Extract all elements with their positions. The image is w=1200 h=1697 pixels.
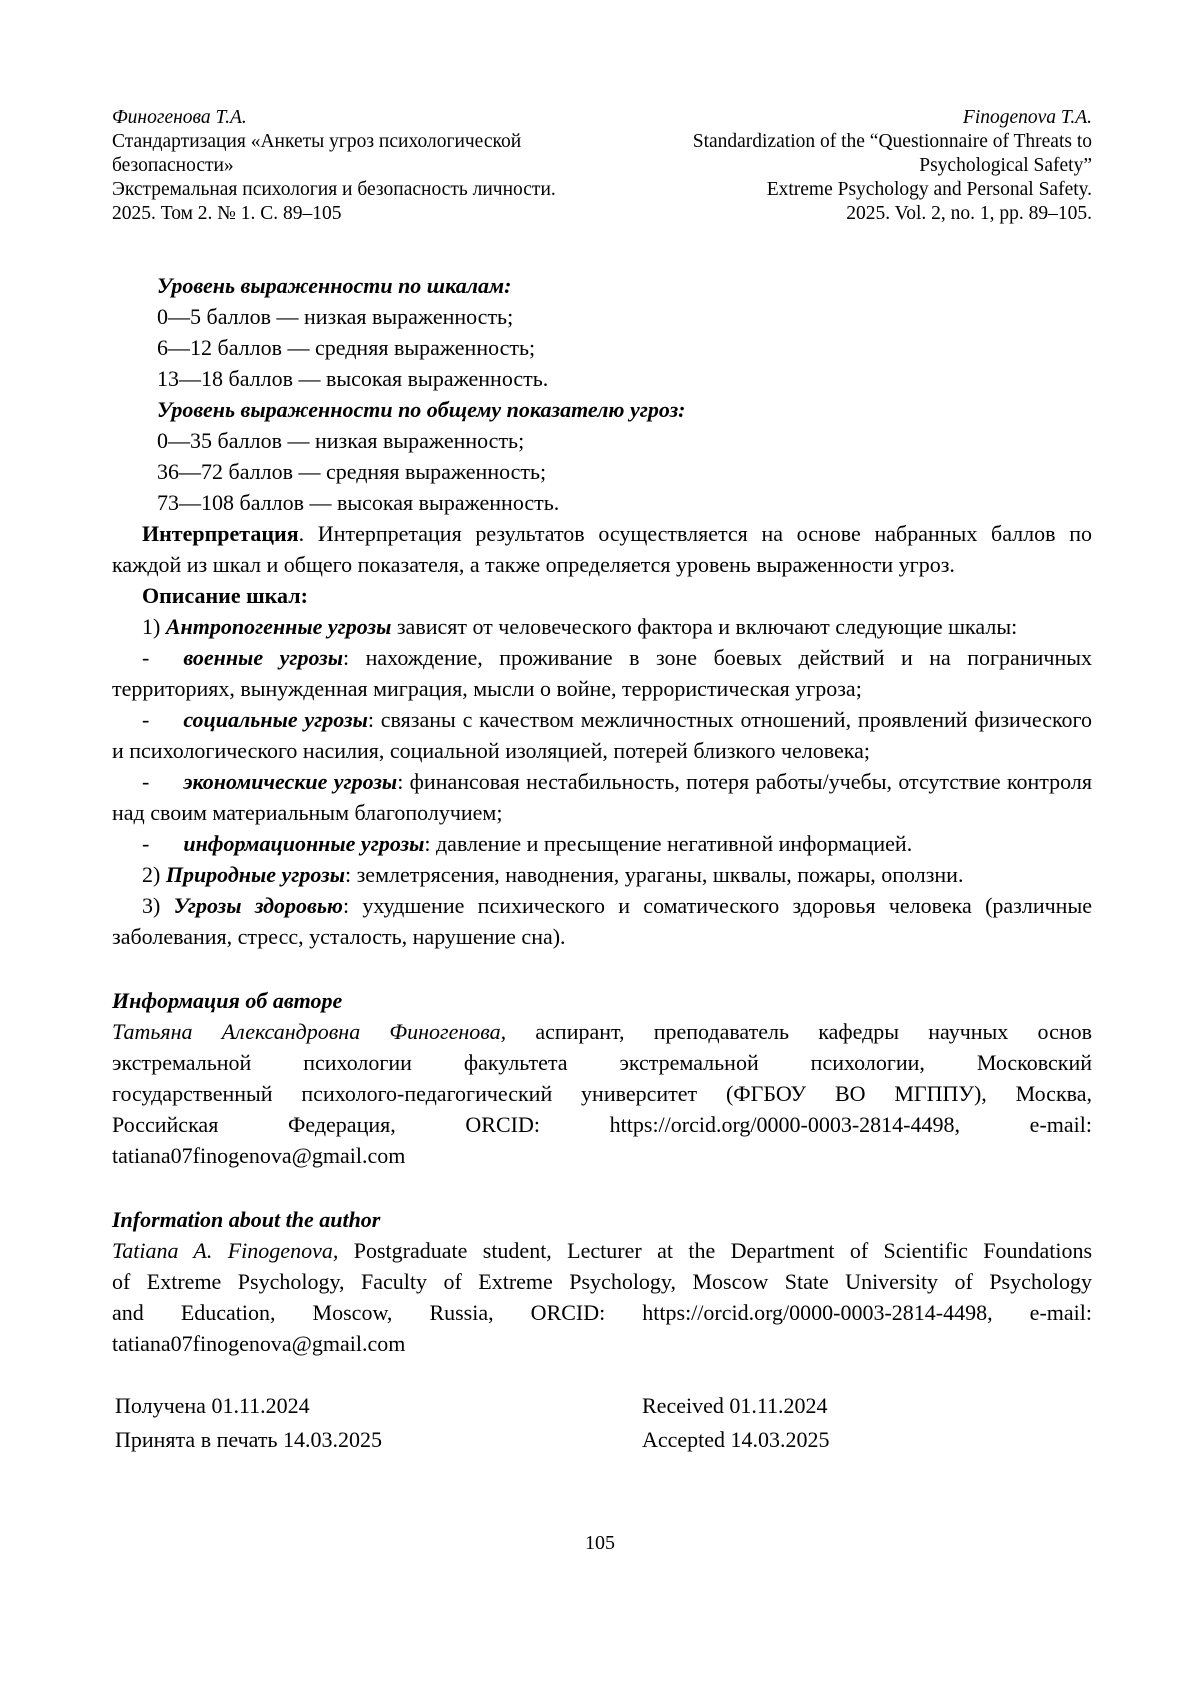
author-en-line1-rest: Postgraduate student, Lecturer at the De… <box>338 1238 1092 1263</box>
interpretation-lead: Интерпретация <box>142 521 299 546</box>
dates-english: Received 01.11.2024 Accepted 14.03.2025 <box>642 1389 830 1457</box>
bullet-marker: - <box>142 707 149 732</box>
journal-name-ru: Экстремальная психология и безопасность … <box>112 178 556 202</box>
author-ru-line1: Татьяна Александровна Финогенова, аспира… <box>112 1016 1092 1047</box>
received-date-ru: Получена 01.11.2024 <box>115 1389 1095 1423</box>
author-info-ru-heading: Информация об авторе <box>112 985 1092 1016</box>
dates-russian: Получена 01.11.2024 Принята в печать 14.… <box>115 1389 1095 1457</box>
author-info-russian: Информация об авторе Татьяна Александров… <box>112 985 1092 1171</box>
bullet-term-informational: информационные угрозы <box>183 831 424 856</box>
author-info-en-heading: Information about the author <box>112 1204 1092 1235</box>
author-en-line1: Tatiana A. Finogenova, Postgraduate stud… <box>112 1235 1092 1266</box>
total-range-medium: 36—72 баллов — средняя выраженность; <box>112 456 1092 487</box>
bullet-marker: - <box>142 769 149 794</box>
article-title-ru-line1: Стандартизация «Анкеты угроз психологиче… <box>112 130 556 154</box>
item2-prefix: 2) <box>142 862 166 887</box>
item2-text: : землетрясения, наводнения, ураганы, шк… <box>345 862 963 887</box>
item2-term: Природные угрозы <box>166 862 345 887</box>
author-ru-line2: экстремальной психологии факультета экст… <box>112 1047 1092 1078</box>
page-content: Финогенова Т.А. Стандартизация «Анкеты у… <box>112 0 1092 1457</box>
bullet-term-military: военные угрозы <box>183 645 343 670</box>
scales-heading-2: Уровень выраженности по общему показател… <box>112 394 1092 425</box>
bullet-term-social: социальные угрозы <box>183 707 368 732</box>
author-ru-line3: государственный психолого-педагогический… <box>112 1078 1092 1109</box>
journal-name-en: Extreme Psychology and Personal Safety. <box>693 178 1092 202</box>
total-range-low: 0—35 баллов — низкая выраженность; <box>112 425 1092 456</box>
running-head-russian: Финогенова Т.А. Стандартизация «Анкеты у… <box>112 106 556 226</box>
bullet-term-economic: экономические угрозы <box>183 769 397 794</box>
score-range-medium: 6—12 баллов — средняя выраженность; <box>112 332 1092 363</box>
author-en-line2: of Extreme Psychology, Faculty of Extrem… <box>112 1266 1092 1297</box>
description-heading: Описание шкал: <box>112 580 1092 611</box>
accepted-date-en: Accepted 14.03.2025 <box>642 1423 830 1457</box>
score-range-low: 0—5 баллов — низкая выраженность; <box>112 301 1092 332</box>
bullet-social-threats: -социальные угрозы: связаны с качеством … <box>112 704 1092 766</box>
author-ru-line1-rest: аспирант, преподаватель кафедры научных … <box>506 1019 1092 1044</box>
item3-prefix: 3) <box>142 893 174 918</box>
bullet-military-threats: -военные угрозы: нахождение, проживание … <box>112 642 1092 704</box>
received-date-en: Received 01.11.2024 <box>642 1389 830 1423</box>
natural-threats-paragraph: 2) Природные угрозы: землетрясения, наво… <box>112 859 1092 890</box>
author-name-en: Finogenova T.A. <box>693 106 1092 130</box>
item3-term: Угрозы здоровью <box>174 893 343 918</box>
bullet-economic-threats: -экономические угрозы: финансовая нестаб… <box>112 766 1092 828</box>
author-name-ru: Финогенова Т.А. <box>112 106 556 130</box>
total-range-high: 73—108 баллов — высокая выраженность. <box>112 487 1092 518</box>
running-head: Финогенова Т.А. Стандартизация «Анкеты у… <box>112 106 1092 226</box>
author-ru-email: tatiana07finogenova@gmail.com <box>112 1140 1092 1171</box>
author-info-english: Information about the author Tatiana A. … <box>112 1204 1092 1359</box>
item1-term: Антропогенные угрозы <box>166 614 392 639</box>
article-title-ru-line2: безопасности» <box>112 154 556 178</box>
score-range-high: 13—18 баллов — высокая выраженность. <box>112 363 1092 394</box>
author-en-line3: and Education, Moscow, Russia, ORCID: ht… <box>112 1297 1092 1328</box>
bullet-marker: - <box>142 831 149 856</box>
item1-text: зависят от человеческого фактора и включ… <box>391 614 1017 639</box>
health-threats-paragraph: 3) Угрозы здоровью: ухудшение психическо… <box>112 890 1092 952</box>
bullet-text-informational: : давление и пресыщение негативной инфор… <box>424 831 912 856</box>
author-ru-name: Татьяна Александровна Финогенова, <box>112 1019 506 1044</box>
article-dates: Получена 01.11.2024 Принята в печать 14.… <box>112 1389 1092 1457</box>
article-title-en-line2: Psychological Safety” <box>693 154 1092 178</box>
author-ru-line4: Российская Федерация, ORCID: https://orc… <box>112 1109 1092 1140</box>
interpretation-paragraph: Интерпретация. Интерпретация результатов… <box>112 518 1092 580</box>
document-page: Финогенова Т.А. Стандартизация «Анкеты у… <box>0 0 1200 1697</box>
scales-heading-1: Уровень выраженности по шкалам: <box>112 270 1092 301</box>
author-en-name: Tatiana A. Finogenova, <box>112 1238 338 1263</box>
running-head-english: Finogenova T.A. Standardization of the “… <box>693 106 1092 226</box>
anthropogenic-threats-paragraph: 1) Антропогенные угрозы зависят от челов… <box>112 611 1092 642</box>
item1-prefix: 1) <box>142 614 166 639</box>
article-body: Уровень выраженности по шкалам: 0—5 балл… <box>112 270 1092 952</box>
accepted-date-ru: Принята в печать 14.03.2025 <box>115 1423 1095 1457</box>
bullet-informational-threats: -информационные угрозы: давление и пресы… <box>112 828 1092 859</box>
page-number: 105 <box>0 1532 1200 1555</box>
author-en-email: tatiana07finogenova@gmail.com <box>112 1328 1092 1359</box>
issue-info-en: 2025. Vol. 2, no. 1, pp. 89–105. <box>693 202 1092 226</box>
article-title-en-line1: Standardization of the “Questionnaire of… <box>693 130 1092 154</box>
issue-info-ru: 2025. Том 2. № 1. С. 89–105 <box>112 202 556 226</box>
bullet-marker: - <box>142 645 149 670</box>
